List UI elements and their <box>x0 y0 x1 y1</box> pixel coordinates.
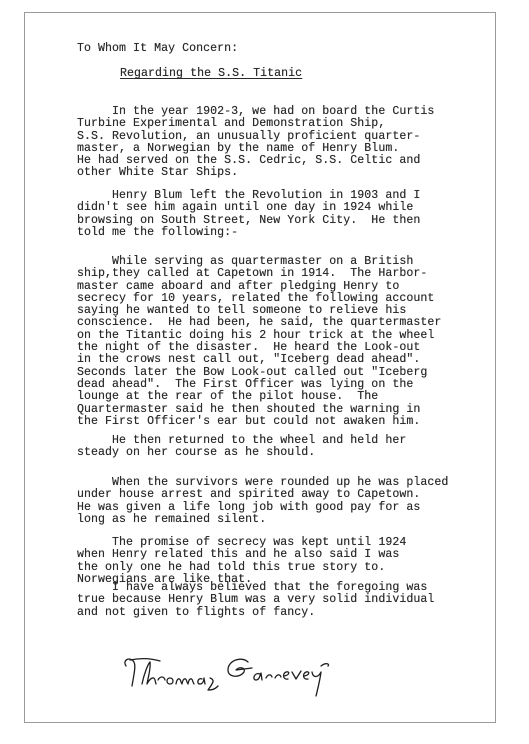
paragraph-4: He then returned to the wheel and held h… <box>77 435 406 460</box>
paragraph-5: When the survivors were rounded up he wa… <box>77 477 448 526</box>
handwritten-signature: Thomas Garvey <box>120 652 380 700</box>
paragraph-7: I have always believed that the foregoin… <box>77 582 434 619</box>
salutation: To Whom It May Concern: <box>77 43 238 55</box>
paragraph-2: Henry Blum left the Revolution in 1903 a… <box>77 190 420 239</box>
paragraph-1: In the year 1902-3, we had on board the … <box>77 106 434 180</box>
paragraph-6: The promise of secrecy was kept until 19… <box>77 537 406 586</box>
signature-icon <box>120 652 380 700</box>
paragraph-3: While serving as quartermaster on a Brit… <box>77 256 441 428</box>
subject-heading: Regarding the S.S. Titanic <box>120 68 302 80</box>
